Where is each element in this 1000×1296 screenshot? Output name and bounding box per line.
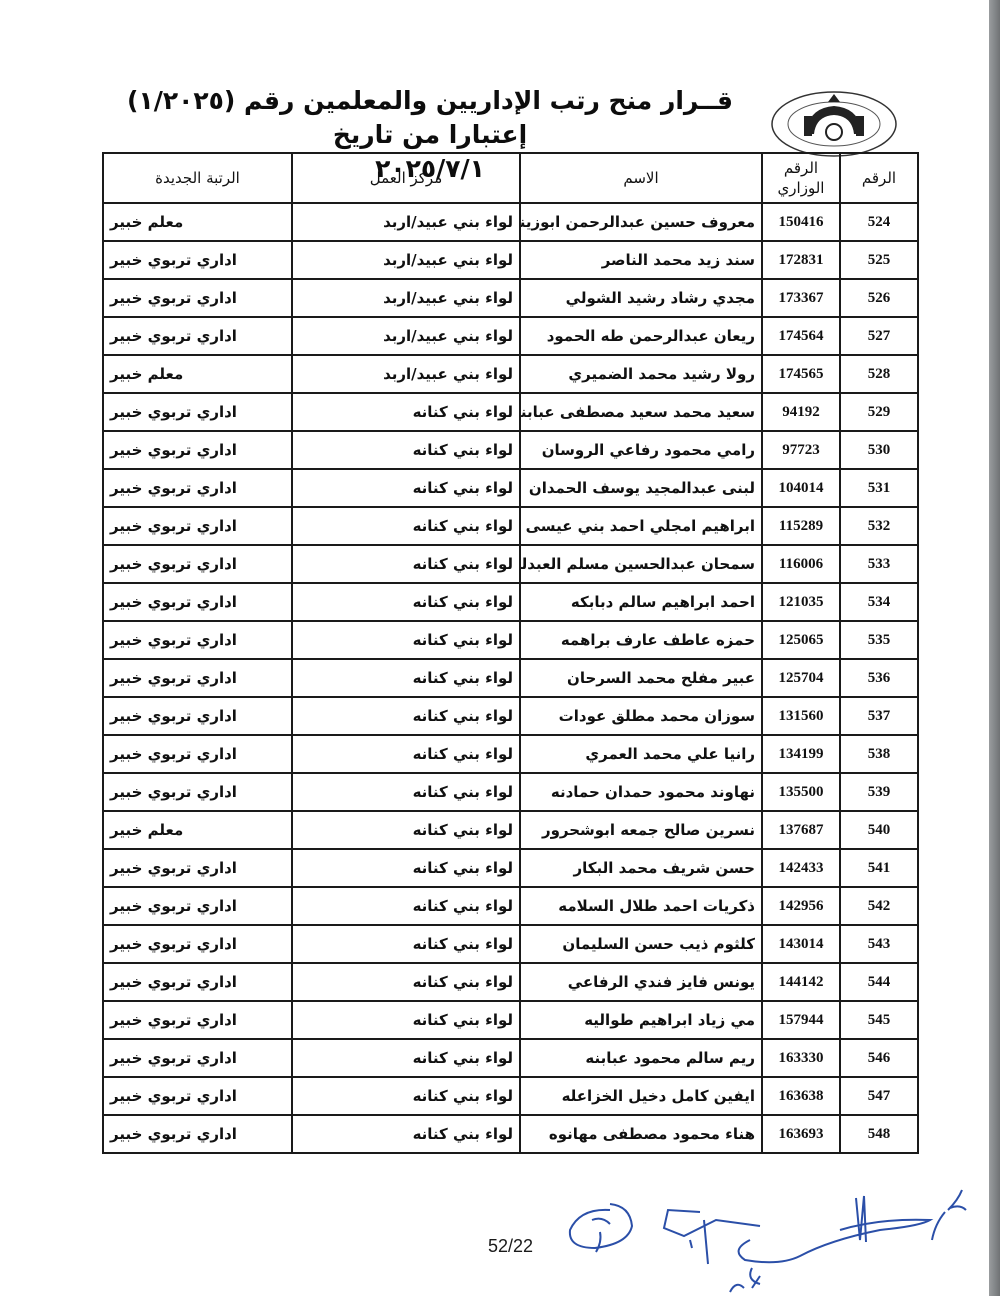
promotions-table: الرقم الرقم الوزاري الاسم مركز العمل الر… <box>102 152 919 1154</box>
cell-name: نهاوند محمود حمدان حمادنه <box>520 773 762 811</box>
cell-name: نسرين صالح جمعه ابوشحرور <box>520 811 762 849</box>
cell-workplace: لواء بني عبيد/اربد <box>292 279 520 317</box>
table-row: 531 104014 لبنى عبدالمجيد يوسف الحمدان ل… <box>103 469 918 507</box>
cell-name: ايفين كامل دخيل الخزاعله <box>520 1077 762 1115</box>
cell-seq: 530 <box>840 431 918 469</box>
emblem-icon <box>768 88 900 160</box>
table-row: 524 150416 معروف حسين عبدالرحمن ابوزينه … <box>103 203 918 241</box>
rank-text: اداري تربوي خبير <box>110 631 285 649</box>
rank-text: معلم خبير <box>110 365 285 383</box>
table-row: 548 163693 هناء محمود مصطفى مهانوه لواء … <box>103 1115 918 1153</box>
cell-name: ابراهيم امجلي احمد بني عيسى <box>520 507 762 545</box>
cell-seq: 535 <box>840 621 918 659</box>
table-row: 539 135500 نهاوند محمود حمدان حمادنه لوا… <box>103 773 918 811</box>
cell-new-rank: اداري تربوي خبير <box>103 621 292 659</box>
cell-workplace: لواء بني كنانه <box>292 735 520 773</box>
cell-name: سمحان عبدالحسين مسلم العبدلي <box>520 545 762 583</box>
header-name: الاسم <box>520 153 762 203</box>
cell-workplace: لواء بني عبيد/اربد <box>292 241 520 279</box>
cell-seq: 543 <box>840 925 918 963</box>
cell-name: رانيا علي محمد العمري <box>520 735 762 773</box>
cell-seq: 526 <box>840 279 918 317</box>
cell-new-rank: اداري تربوي خبير <box>103 317 292 355</box>
table-row: 546 163330 ريم سالم محمود عبابنه لواء بن… <box>103 1039 918 1077</box>
cell-ministry-id: 163638 <box>762 1077 840 1115</box>
table-row: 533 116006 سمحان عبدالحسين مسلم العبدلي … <box>103 545 918 583</box>
cell-new-rank: معلم خبير <box>103 811 292 849</box>
cell-new-rank: اداري تربوي خبير <box>103 697 292 735</box>
table-row: 540 137687 نسرين صالح جمعه ابوشحرور لواء… <box>103 811 918 849</box>
rank-text: اداري تربوي خبير <box>110 327 285 345</box>
cell-ministry-id: 163693 <box>762 1115 840 1153</box>
rank-text: اداري تربوي خبير <box>110 1011 285 1029</box>
cell-name: كلثوم ذيب حسن السليمان <box>520 925 762 963</box>
cell-name: سند زيد محمد الناصر <box>520 241 762 279</box>
cell-ministry-id: 150416 <box>762 203 840 241</box>
cell-workplace: لواء بني كنانه <box>292 1001 520 1039</box>
cell-workplace: لواء بني كنانه <box>292 963 520 1001</box>
cell-name: سوزان محمد مطلق عودات <box>520 697 762 735</box>
cell-seq: 541 <box>840 849 918 887</box>
table-row: 528 174565 رولا رشيد محمد الضميري لواء ب… <box>103 355 918 393</box>
rank-text: اداري تربوي خبير <box>110 707 285 725</box>
cell-ministry-id: 115289 <box>762 507 840 545</box>
cell-workplace: لواء بني كنانه <box>292 1039 520 1077</box>
cell-name: مي زياد ابراهيم طواليه <box>520 1001 762 1039</box>
scan-page-edge <box>989 0 1000 1296</box>
cell-new-rank: اداري تربوي خبير <box>103 393 292 431</box>
rank-text: معلم خبير <box>110 213 285 231</box>
table-row: 538 134199 رانيا علي محمد العمري لواء بن… <box>103 735 918 773</box>
cell-seq: 533 <box>840 545 918 583</box>
cell-new-rank: اداري تربوي خبير <box>103 545 292 583</box>
cell-ministry-id: 125704 <box>762 659 840 697</box>
cell-workplace: لواء بني كنانه <box>292 773 520 811</box>
cell-new-rank: اداري تربوي خبير <box>103 963 292 1001</box>
cell-ministry-id: 116006 <box>762 545 840 583</box>
table-row: 541 142433 حسن شريف محمد البكار لواء بني… <box>103 849 918 887</box>
cell-workplace: لواء بني كنانه <box>292 393 520 431</box>
cell-new-rank: اداري تربوي خبير <box>103 241 292 279</box>
cell-ministry-id: 174564 <box>762 317 840 355</box>
cell-workplace: لواء بني كنانه <box>292 659 520 697</box>
rank-text: معلم خبير <box>110 821 285 839</box>
table-row: 534 121035 احمد ابراهيم سالم دبابكه لواء… <box>103 583 918 621</box>
cell-seq: 528 <box>840 355 918 393</box>
rank-text: اداري تربوي خبير <box>110 403 285 421</box>
cell-new-rank: اداري تربوي خبير <box>103 1077 292 1115</box>
cell-new-rank: اداري تربوي خبير <box>103 507 292 545</box>
cell-seq: 547 <box>840 1077 918 1115</box>
cell-ministry-id: 135500 <box>762 773 840 811</box>
cell-seq: 545 <box>840 1001 918 1039</box>
cell-name: رامي محمود رفاعي الروسان <box>520 431 762 469</box>
cell-ministry-id: 143014 <box>762 925 840 963</box>
table-row: 547 163638 ايفين كامل دخيل الخزاعله لواء… <box>103 1077 918 1115</box>
cell-ministry-id: 173367 <box>762 279 840 317</box>
ministry-emblem-logo <box>768 88 900 160</box>
cell-workplace: لواء بني كنانه <box>292 887 520 925</box>
header-new-rank: الرتبة الجديدة <box>103 153 292 203</box>
rank-text: اداري تربوي خبير <box>110 289 285 307</box>
header-seq: الرقم <box>840 153 918 203</box>
cell-ministry-id: 121035 <box>762 583 840 621</box>
cell-workplace: لواء بني كنانه <box>292 1115 520 1153</box>
cell-ministry-id: 125065 <box>762 621 840 659</box>
table-row: 542 142956 ذكريات احمد طلال السلامه لواء… <box>103 887 918 925</box>
cell-seq: 524 <box>840 203 918 241</box>
cell-name: يونس فايز فندي الرفاعي <box>520 963 762 1001</box>
cell-name: حمزه عاطف عارف براهمه <box>520 621 762 659</box>
rank-text: اداري تربوي خبير <box>110 1087 285 1105</box>
cell-new-rank: اداري تربوي خبير <box>103 1001 292 1039</box>
cell-name: ريم سالم محمود عبابنه <box>520 1039 762 1077</box>
cell-ministry-id: 97723 <box>762 431 840 469</box>
table-row: 526 173367 مجدي رشاد رشيد الشولي لواء بن… <box>103 279 918 317</box>
cell-name: ذكريات احمد طلال السلامه <box>520 887 762 925</box>
cell-workplace: لواء بني كنانه <box>292 507 520 545</box>
cell-workplace: لواء بني كنانه <box>292 1077 520 1115</box>
cell-name: لبنى عبدالمجيد يوسف الحمدان <box>520 469 762 507</box>
cell-new-rank: اداري تربوي خبير <box>103 925 292 963</box>
cell-seq: 529 <box>840 393 918 431</box>
cell-seq: 540 <box>840 811 918 849</box>
cell-workplace: لواء بني كنانه <box>292 545 520 583</box>
cell-new-rank: معلم خبير <box>103 203 292 241</box>
cell-new-rank: اداري تربوي خبير <box>103 1115 292 1153</box>
cell-ministry-id: 104014 <box>762 469 840 507</box>
table-row: 544 144142 يونس فايز فندي الرفاعي لواء ب… <box>103 963 918 1001</box>
cell-ministry-id: 134199 <box>762 735 840 773</box>
cell-ministry-id: 144142 <box>762 963 840 1001</box>
rank-text: اداري تربوي خبير <box>110 1125 285 1143</box>
header-ministry-id: الرقم الوزاري <box>762 153 840 203</box>
table-row: 527 174564 ريعان عبدالرحمن طه الحمود لوا… <box>103 317 918 355</box>
cell-name: هناء محمود مصطفى مهانوه <box>520 1115 762 1153</box>
cell-new-rank: اداري تربوي خبير <box>103 659 292 697</box>
table-row: 545 157944 مي زياد ابراهيم طواليه لواء ب… <box>103 1001 918 1039</box>
cell-workplace: لواء بني كنانه <box>292 925 520 963</box>
table-header-row: الرقم الرقم الوزاري الاسم مركز العمل الر… <box>103 153 918 203</box>
handwritten-signatures <box>540 1180 980 1296</box>
cell-new-rank: اداري تربوي خبير <box>103 583 292 621</box>
cell-seq: 525 <box>840 241 918 279</box>
rank-text: اداري تربوي خبير <box>110 593 285 611</box>
cell-ministry-id: 163330 <box>762 1039 840 1077</box>
rank-text: اداري تربوي خبير <box>110 935 285 953</box>
table-row: 529 94192 سعيد محمد سعيد مصطفى عبابنه لو… <box>103 393 918 431</box>
table-row: 530 97723 رامي محمود رفاعي الروسان لواء … <box>103 431 918 469</box>
cell-new-rank: اداري تربوي خبير <box>103 279 292 317</box>
rank-text: اداري تربوي خبير <box>110 745 285 763</box>
cell-new-rank: اداري تربوي خبير <box>103 469 292 507</box>
cell-ministry-id: 142433 <box>762 849 840 887</box>
cell-name: مجدي رشاد رشيد الشولي <box>520 279 762 317</box>
rank-text: اداري تربوي خبير <box>110 479 285 497</box>
cell-ministry-id: 131560 <box>762 697 840 735</box>
rank-text: اداري تربوي خبير <box>110 669 285 687</box>
cell-name: عبير مفلح محمد السرحان <box>520 659 762 697</box>
table-row: 543 143014 كلثوم ذيب حسن السليمان لواء ب… <box>103 925 918 963</box>
rank-text: اداري تربوي خبير <box>110 783 285 801</box>
cell-ministry-id: 142956 <box>762 887 840 925</box>
rank-text: اداري تربوي خبير <box>110 973 285 991</box>
cell-workplace: لواء بني كنانه <box>292 697 520 735</box>
cell-workplace: لواء بني عبيد/اربد <box>292 203 520 241</box>
rank-text: اداري تربوي خبير <box>110 251 285 269</box>
rank-text: اداري تربوي خبير <box>110 555 285 573</box>
cell-ministry-id: 94192 <box>762 393 840 431</box>
cell-seq: 542 <box>840 887 918 925</box>
table-row: 536 125704 عبير مفلح محمد السرحان لواء ب… <box>103 659 918 697</box>
cell-name: حسن شريف محمد البكار <box>520 849 762 887</box>
cell-workplace: لواء بني كنانه <box>292 621 520 659</box>
cell-new-rank: اداري تربوي خبير <box>103 849 292 887</box>
cell-workplace: لواء بني عبيد/اربد <box>292 355 520 393</box>
cell-seq: 539 <box>840 773 918 811</box>
cell-workplace: لواء بني عبيد/اربد <box>292 317 520 355</box>
cell-seq: 538 <box>840 735 918 773</box>
cell-workplace: لواء بني كنانه <box>292 431 520 469</box>
cell-new-rank: اداري تربوي خبير <box>103 887 292 925</box>
cell-name: احمد ابراهيم سالم دبابكه <box>520 583 762 621</box>
cell-new-rank: معلم خبير <box>103 355 292 393</box>
cell-new-rank: اداري تربوي خبير <box>103 735 292 773</box>
table-row: 535 125065 حمزه عاطف عارف براهمه لواء بن… <box>103 621 918 659</box>
cell-seq: 546 <box>840 1039 918 1077</box>
table-row: 525 172831 سند زيد محمد الناصر لواء بني … <box>103 241 918 279</box>
cell-seq: 537 <box>840 697 918 735</box>
cell-seq: 532 <box>840 507 918 545</box>
cell-name: معروف حسين عبدالرحمن ابوزينه <box>520 203 762 241</box>
cell-seq: 544 <box>840 963 918 1001</box>
cell-workplace: لواء بني كنانه <box>292 583 520 621</box>
cell-seq: 536 <box>840 659 918 697</box>
cell-workplace: لواء بني كنانه <box>292 849 520 887</box>
rank-text: اداري تربوي خبير <box>110 1049 285 1067</box>
cell-seq: 534 <box>840 583 918 621</box>
cell-ministry-id: 157944 <box>762 1001 840 1039</box>
cell-name: ريعان عبدالرحمن طه الحمود <box>520 317 762 355</box>
table-row: 532 115289 ابراهيم امجلي احمد بني عيسى ل… <box>103 507 918 545</box>
cell-new-rank: اداري تربوي خبير <box>103 1039 292 1077</box>
page-number: 52/22 <box>488 1236 533 1257</box>
signature-icon <box>540 1180 980 1296</box>
cell-seq: 548 <box>840 1115 918 1153</box>
rank-text: اداري تربوي خبير <box>110 859 285 877</box>
cell-ministry-id: 174565 <box>762 355 840 393</box>
cell-workplace: لواء بني كنانه <box>292 811 520 849</box>
cell-name: رولا رشيد محمد الضميري <box>520 355 762 393</box>
cell-new-rank: اداري تربوي خبير <box>103 431 292 469</box>
title-line-1: قــرار منح رتب الإداريين والمعلمين رقم (… <box>127 86 733 149</box>
header-workplace: مركز العمل <box>292 153 520 203</box>
cell-seq: 531 <box>840 469 918 507</box>
cell-ministry-id: 137687 <box>762 811 840 849</box>
table-row: 537 131560 سوزان محمد مطلق عودات لواء بن… <box>103 697 918 735</box>
rank-text: اداري تربوي خبير <box>110 517 285 535</box>
cell-seq: 527 <box>840 317 918 355</box>
cell-new-rank: اداري تربوي خبير <box>103 773 292 811</box>
cell-workplace: لواء بني كنانه <box>292 469 520 507</box>
rank-text: اداري تربوي خبير <box>110 441 285 459</box>
rank-text: اداري تربوي خبير <box>110 897 285 915</box>
cell-name: سعيد محمد سعيد مصطفى عبابنه <box>520 393 762 431</box>
cell-ministry-id: 172831 <box>762 241 840 279</box>
